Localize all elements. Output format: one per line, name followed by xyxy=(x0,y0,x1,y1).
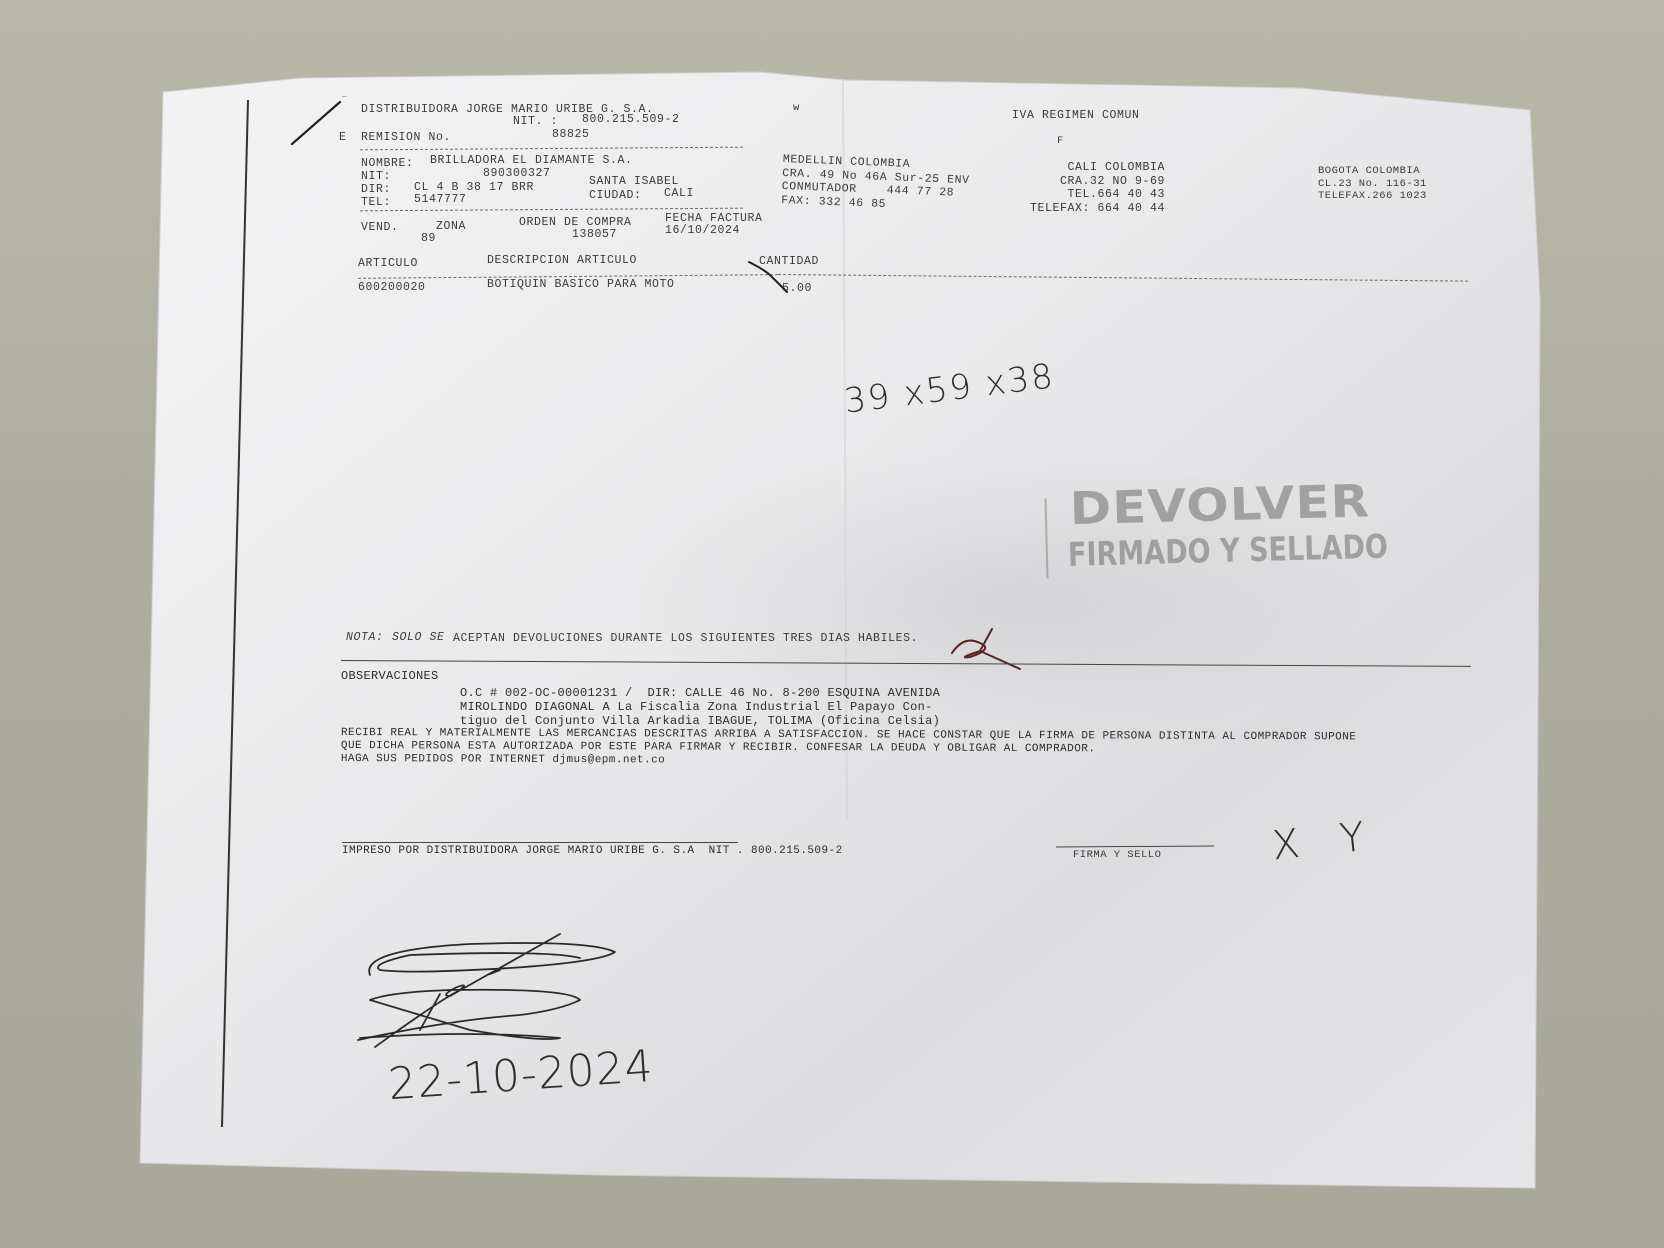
cell-articulo: 600200020 xyxy=(358,282,426,294)
observaciones-line: MIROLINDO DIAGONAL A La Fiscalia Zona In… xyxy=(460,701,940,713)
fecha-factura-label: FECHA FACTURA xyxy=(665,213,763,225)
handwritten-slash-mark xyxy=(745,258,795,298)
company-nit-label: NIT. : xyxy=(513,116,558,128)
customer-phone: 5147777 xyxy=(414,194,467,206)
remision-label: REMISION No. xyxy=(361,132,451,144)
cell-descripcion: BOTIQUIN BASICO PARA MOTO xyxy=(487,279,675,291)
mark-f: F xyxy=(1057,136,1064,147)
customer-name: BRILLADORA EL DIAMANTE S.A. xyxy=(430,155,633,167)
zona-label: ZONA xyxy=(436,221,466,233)
mark-w: w xyxy=(793,103,800,114)
customer-barrio: SANTA ISABEL xyxy=(589,176,679,188)
nota-label: NOTA: xyxy=(346,632,384,644)
office-line: CL.23 No. 116-31 xyxy=(1318,179,1427,190)
pen-slash-mark xyxy=(286,98,346,148)
impreso-rule xyxy=(342,842,738,843)
nota-italic: SOLO SE xyxy=(392,632,445,644)
company-nit-value: 800.215.509-2 xyxy=(582,114,680,126)
office-cali: CALI COLOMBIA CRA.32 NO 9-69 TEL.664 40 … xyxy=(1025,162,1165,214)
office-line: TELEFAX.266 1023 xyxy=(1318,191,1427,202)
dot-marks: ¨ xyxy=(341,96,348,107)
office-medellin: MEDELLIN COLOMBIA CRA. 49 No 46A Sur-25 … xyxy=(781,154,970,213)
nota-text: ACEPTAN DEVOLUCIONES DURANTE LOS SIGUIEN… xyxy=(453,633,918,645)
zona-value: 89 xyxy=(421,233,436,245)
ciudad-label: CIUDAD: xyxy=(589,190,642,202)
handwritten-check-mark xyxy=(950,625,1025,675)
office-line: BOGOTA COLOMBIA xyxy=(1318,166,1427,177)
fecha-factura-value: 16/10/2024 xyxy=(665,225,740,237)
customer-nit-label: NIT: xyxy=(361,171,391,183)
dir-label: DIR: xyxy=(361,184,391,196)
stamp-line-1: DEVOLVER xyxy=(1069,479,1370,532)
iva-regime: IVA REGIMEN COMUN xyxy=(1012,110,1140,122)
office-line: CRA.32 NO 9-69 xyxy=(1025,176,1165,188)
tel-label: TEL: xyxy=(361,197,391,209)
customer-nit: 890300327 xyxy=(483,168,551,180)
office-line: TEL.664 40 43 xyxy=(1025,189,1165,201)
devolver-stamp: DEVOLVER FIRMADO Y SELLADO xyxy=(1043,451,1316,583)
customer-address: CL 4 B 38 17 BRR xyxy=(414,182,534,194)
signature xyxy=(350,930,630,1050)
nombre-label: NOMBRE: xyxy=(361,158,414,170)
office-line: TELEFAX: 664 40 44 xyxy=(1025,203,1165,215)
observaciones-label: OBSERVACIONES xyxy=(341,670,439,682)
office-bogota: BOGOTA COLOMBIA CL.23 No. 116-31 TELEFAX… xyxy=(1318,166,1427,202)
observaciones-line: tiguo del Conjunto Villa Arkadia IBAGUE,… xyxy=(460,715,940,727)
impreso-por: IMPRESO POR DISTRIBUIDORA JORGE MARIO UR… xyxy=(342,846,843,857)
orden-compra-value: 138057 xyxy=(572,229,617,241)
observaciones-line: O.C # 002-OC-00001231 / DIR: CALLE 46 No… xyxy=(460,687,940,699)
column-header-articulo: ARTICULO xyxy=(358,258,418,270)
office-line: CALI COLOMBIA xyxy=(1025,162,1165,174)
legal-text: RECIBI REAL Y MATERIALMENTE LAS MERCANCI… xyxy=(341,728,1357,769)
vend-label: VEND. xyxy=(361,222,399,234)
orden-compra-label: ORDEN DE COMPRA xyxy=(519,217,632,229)
remision-number: 88825 xyxy=(552,129,590,141)
remision-prefix: E xyxy=(339,132,347,144)
customer-city: CALI xyxy=(664,188,694,200)
remision-document: ¨ DISTRIBUIDORA JORGE MARIO URIBE G. S.A… xyxy=(0,0,1664,1248)
observaciones-text: O.C # 002-OC-00001231 / DIR: CALLE 46 No… xyxy=(460,687,940,727)
stamp-line-2: FIRMADO Y SELLADO xyxy=(1067,530,1388,571)
column-header-descripcion: DESCRIPCION ARTICULO xyxy=(487,255,637,267)
firma-y-sello-label: FIRMA Y SELLO xyxy=(1073,850,1161,861)
